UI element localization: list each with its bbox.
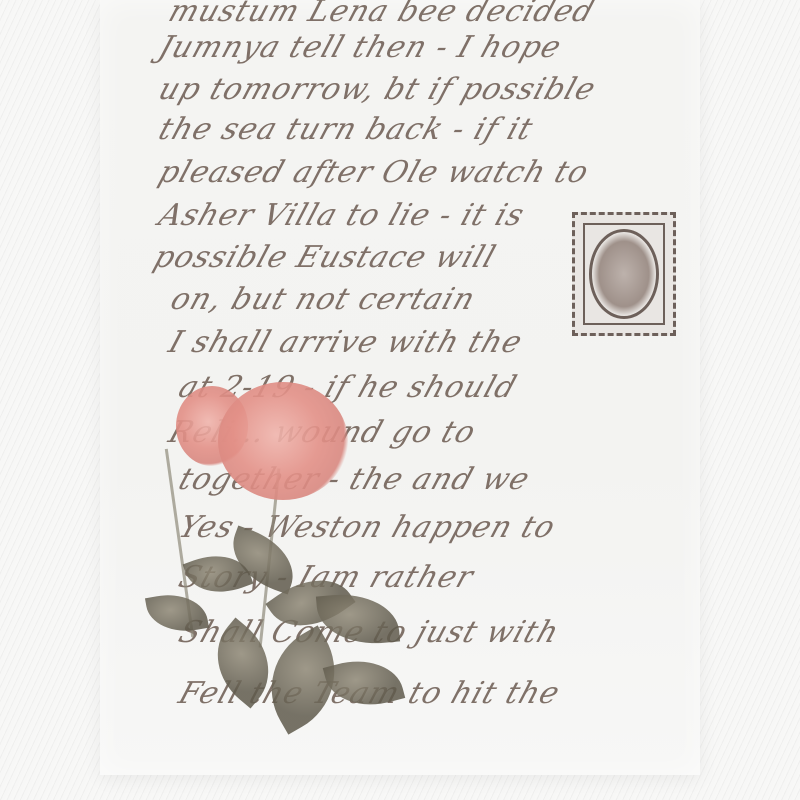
handwriting-line: pleased after Ole watch to (154, 155, 593, 190)
postage-stamp (572, 212, 676, 336)
handwriting-line: up tomorrow, bt if possible (154, 72, 600, 107)
rose-leaf (145, 588, 209, 637)
handwriting-line: possible Eustace will (149, 240, 500, 275)
handwriting-line: the sea turn back - if it (154, 112, 537, 147)
rose-leaf (323, 650, 405, 717)
handwriting-line: Asher Villa to lie - it is (154, 198, 529, 233)
handwriting-line: I shall arrive with the (164, 325, 527, 360)
handwriting-line: Jumnya tell then - I hope (154, 30, 566, 65)
rose-illustration (148, 378, 408, 738)
handwriting-line: on, but not certain (166, 282, 480, 317)
rose-leaf (316, 590, 400, 649)
handwriting-line: mustum Lena bee decided (164, 0, 599, 29)
rose-bloom (218, 382, 348, 500)
stamp-portrait (589, 229, 659, 319)
